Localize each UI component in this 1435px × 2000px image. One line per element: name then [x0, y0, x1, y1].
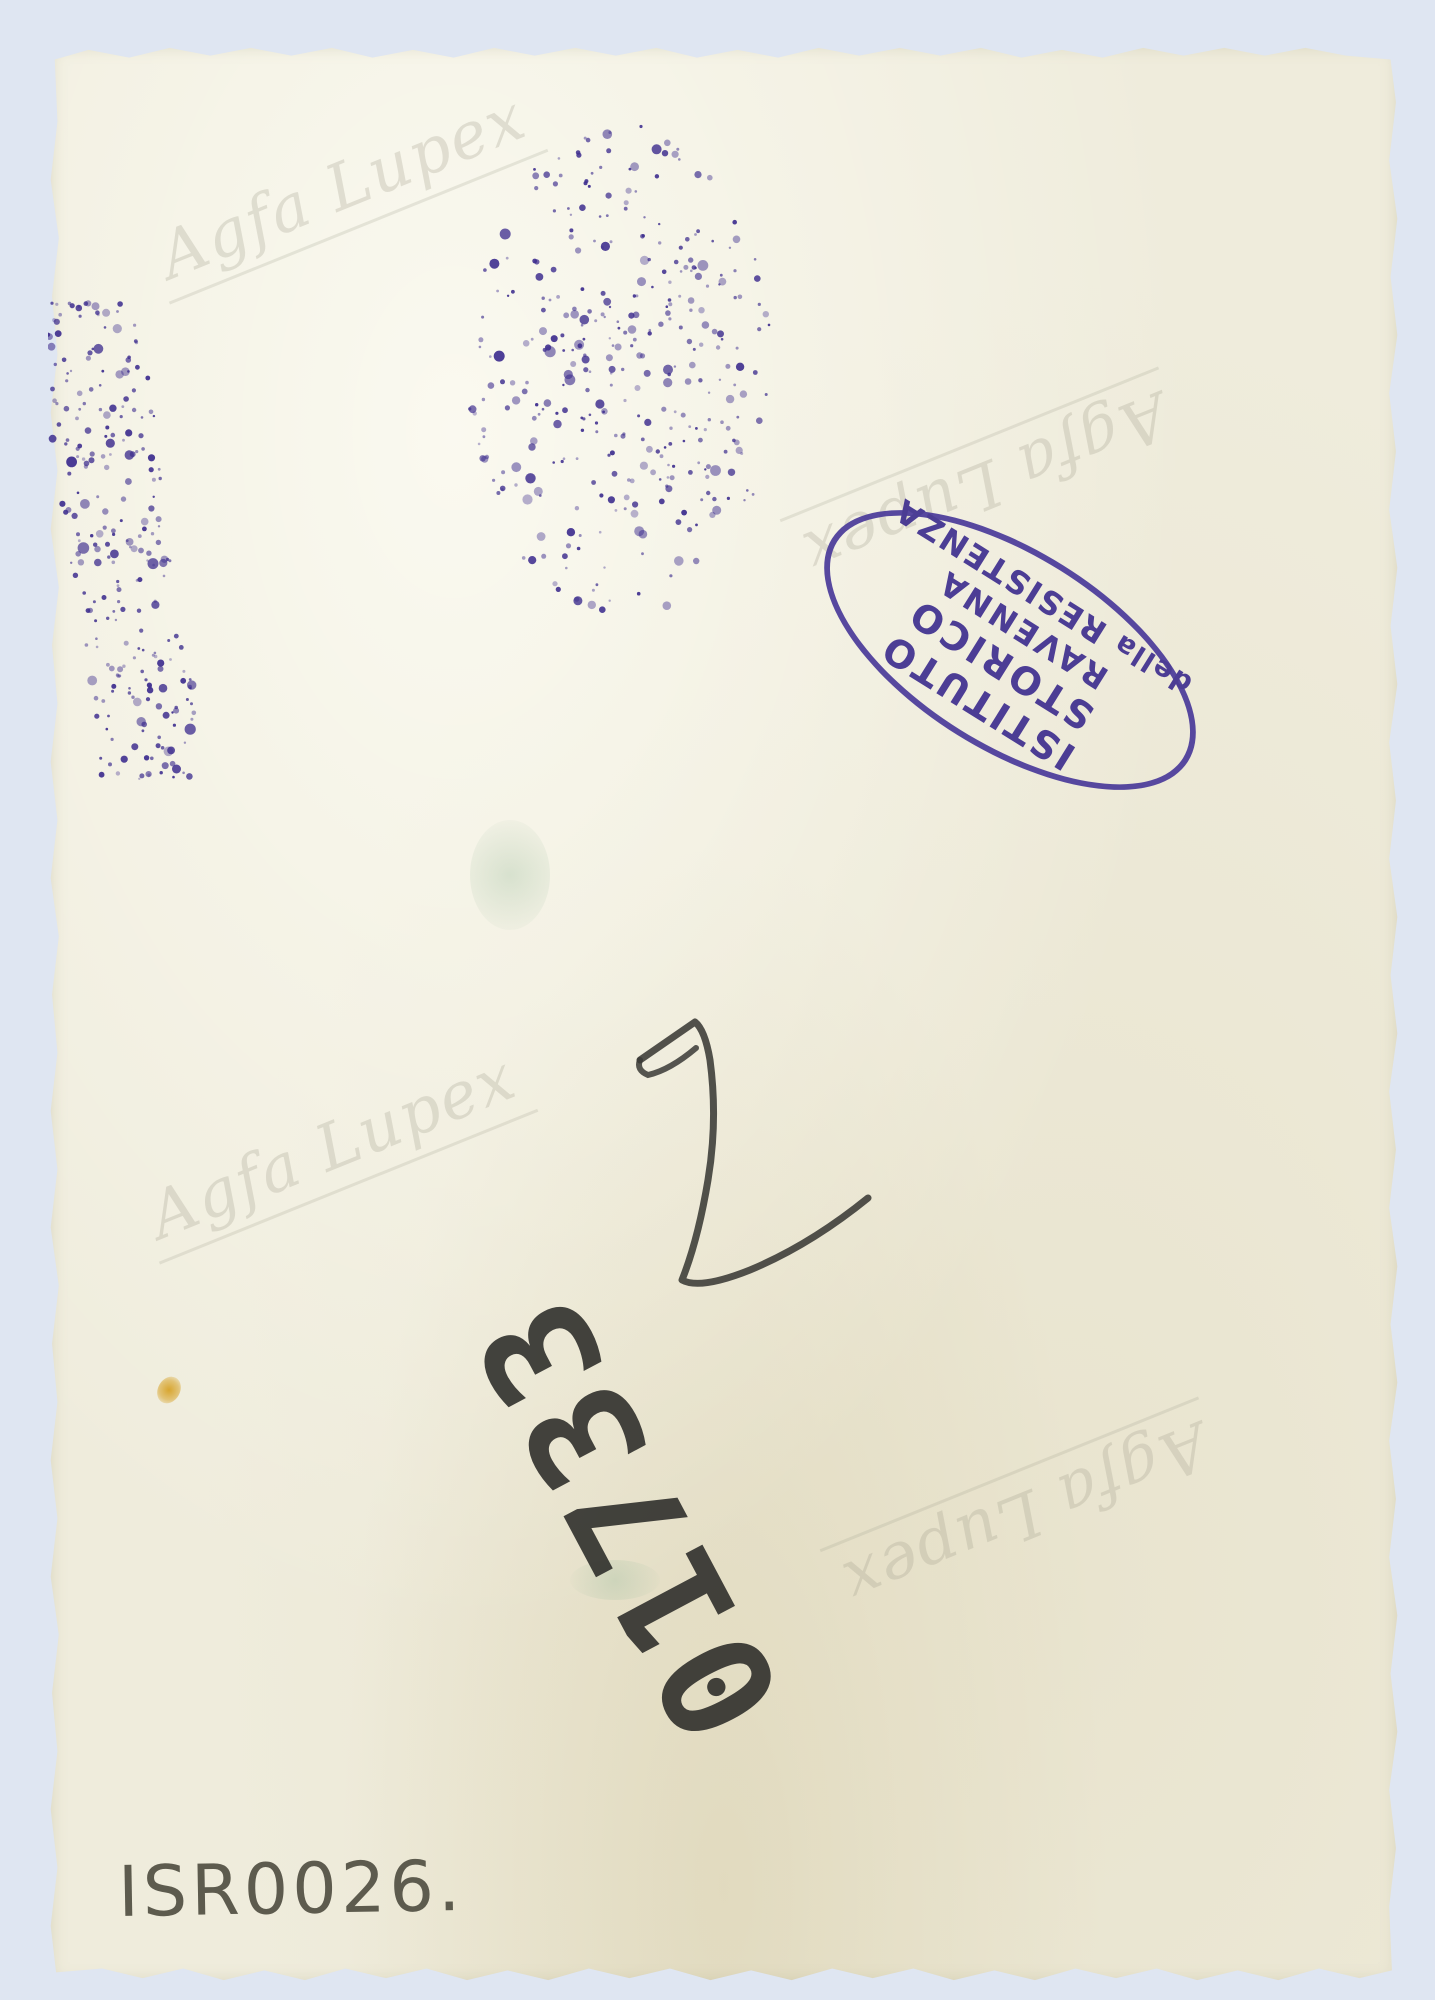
- pencil-numeral-2: 2: [600, 1000, 900, 1320]
- svg-text:2: 2: [600, 1000, 601, 1001]
- faded-stamp-speckles-left-edge: [48, 300, 198, 780]
- faded-stamp-speckles-top: [460, 120, 780, 620]
- handwritten-catalog-code: ISR0026.: [117, 1845, 465, 1933]
- green-stain: [470, 820, 550, 930]
